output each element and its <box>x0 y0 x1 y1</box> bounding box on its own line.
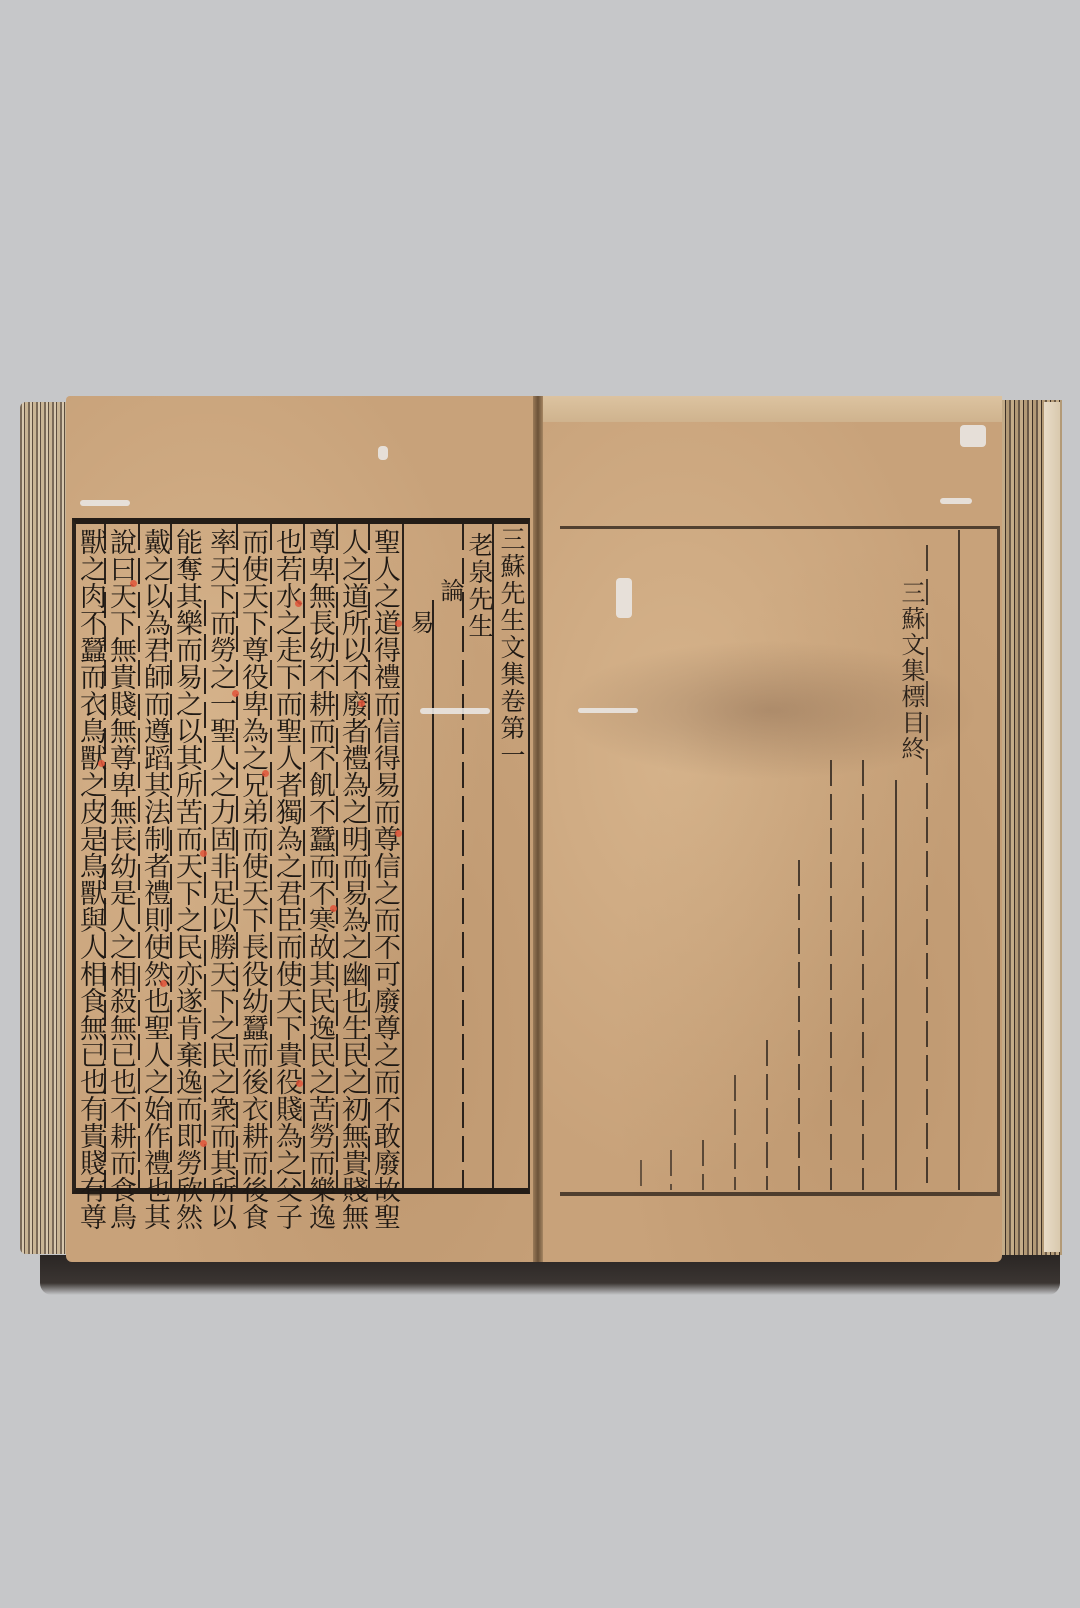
author-column: 老泉先生 <box>464 532 494 640</box>
book-gutter <box>533 396 543 1262</box>
volume-title-column: 三蘇先生文集卷第一 <box>496 526 526 769</box>
paper-damage <box>578 708 638 713</box>
body-column-4: 也若水之走下而聖人者獨為之君臣而使天下貴役賤為之父子 <box>272 528 301 1230</box>
column-rule <box>958 530 960 1190</box>
essay-title: 易 <box>404 610 436 636</box>
body-column-6: 率天下而勞之一聖人之力固非足以勝天下之民之衆而其所以 <box>206 528 235 1230</box>
body-column-8: 戴之以為君師而遵蹈其法制者禮則使然也聖人之始作禮也其 <box>140 528 169 1230</box>
paper-damage <box>378 446 388 460</box>
red-punctuation-mark <box>330 905 337 912</box>
paper-damage <box>616 578 632 618</box>
column-rule <box>432 600 434 1188</box>
body-column-10: 獸之肉不蠶而衣鳥獸之皮是鳥獸與人相食無已也有貴賤有尊 <box>76 528 105 1230</box>
column-rule <box>798 860 800 1190</box>
column-rule <box>702 1140 704 1190</box>
red-punctuation-mark <box>358 700 365 707</box>
body-column-1: 聖人之道得禮而信得易而尊信之而不可廢尊之而不敢廢故聖 <box>370 528 399 1230</box>
paper-damage <box>80 500 130 506</box>
column-rule <box>670 1150 672 1190</box>
left-fore-edge <box>20 402 68 1254</box>
red-punctuation-mark <box>130 580 137 587</box>
red-punctuation-mark <box>200 1140 207 1147</box>
paper-damage <box>420 708 490 714</box>
red-punctuation-mark <box>232 690 239 697</box>
column-rule <box>926 545 928 1190</box>
red-punctuation-mark <box>296 1080 303 1087</box>
column-rule <box>830 760 832 1190</box>
colophon-column: 三蘇文集標目終 <box>896 580 926 762</box>
column-rule <box>640 1160 642 1190</box>
right-fore-edge-cover <box>1044 402 1060 1252</box>
column-rule <box>895 780 897 1190</box>
body-column-9: 說曰天下無貴賤無尊卑無長幼是人之相殺無已也不耕而食鳥 <box>106 528 135 1230</box>
open-book-photo: 三蘇先生文集卷第一 老泉先生 論 易 聖人之道得禮而信得易而尊信之而不可廢尊之而… <box>0 0 1080 1608</box>
paper-damage <box>960 425 986 447</box>
section-label: 論 <box>434 578 466 604</box>
red-punctuation-mark <box>295 600 302 607</box>
page-top-margin <box>540 396 1002 422</box>
body-column-5: 而使天下尊役卑為之兄弟而使天下長役幼蠶而後衣耕而後食 <box>238 528 267 1230</box>
red-punctuation-mark <box>200 850 207 857</box>
red-punctuation-mark <box>395 620 402 627</box>
paper-damage <box>940 498 972 504</box>
red-punctuation-mark <box>160 980 167 987</box>
red-punctuation-mark <box>262 770 269 777</box>
column-rule <box>734 1075 736 1190</box>
red-punctuation-mark <box>98 760 105 767</box>
body-column-3: 尊卑無長幼不耕而不飢不蠶而不寒故其民逸民之苦勞而樂逸 <box>305 528 334 1230</box>
body-column-7: 能奪其樂而易之以其所苦而天下之民亦遂肯棄逸而即勞欣然 <box>172 528 201 1230</box>
body-column-2: 人之道所以不廢者禮為之明而易為之幽也生民之初無貴賤無 <box>338 528 367 1230</box>
right-page-printed-frame <box>560 526 1000 1196</box>
column-rule <box>862 760 864 1190</box>
column-rule <box>766 1040 768 1190</box>
red-punctuation-mark <box>395 830 402 837</box>
